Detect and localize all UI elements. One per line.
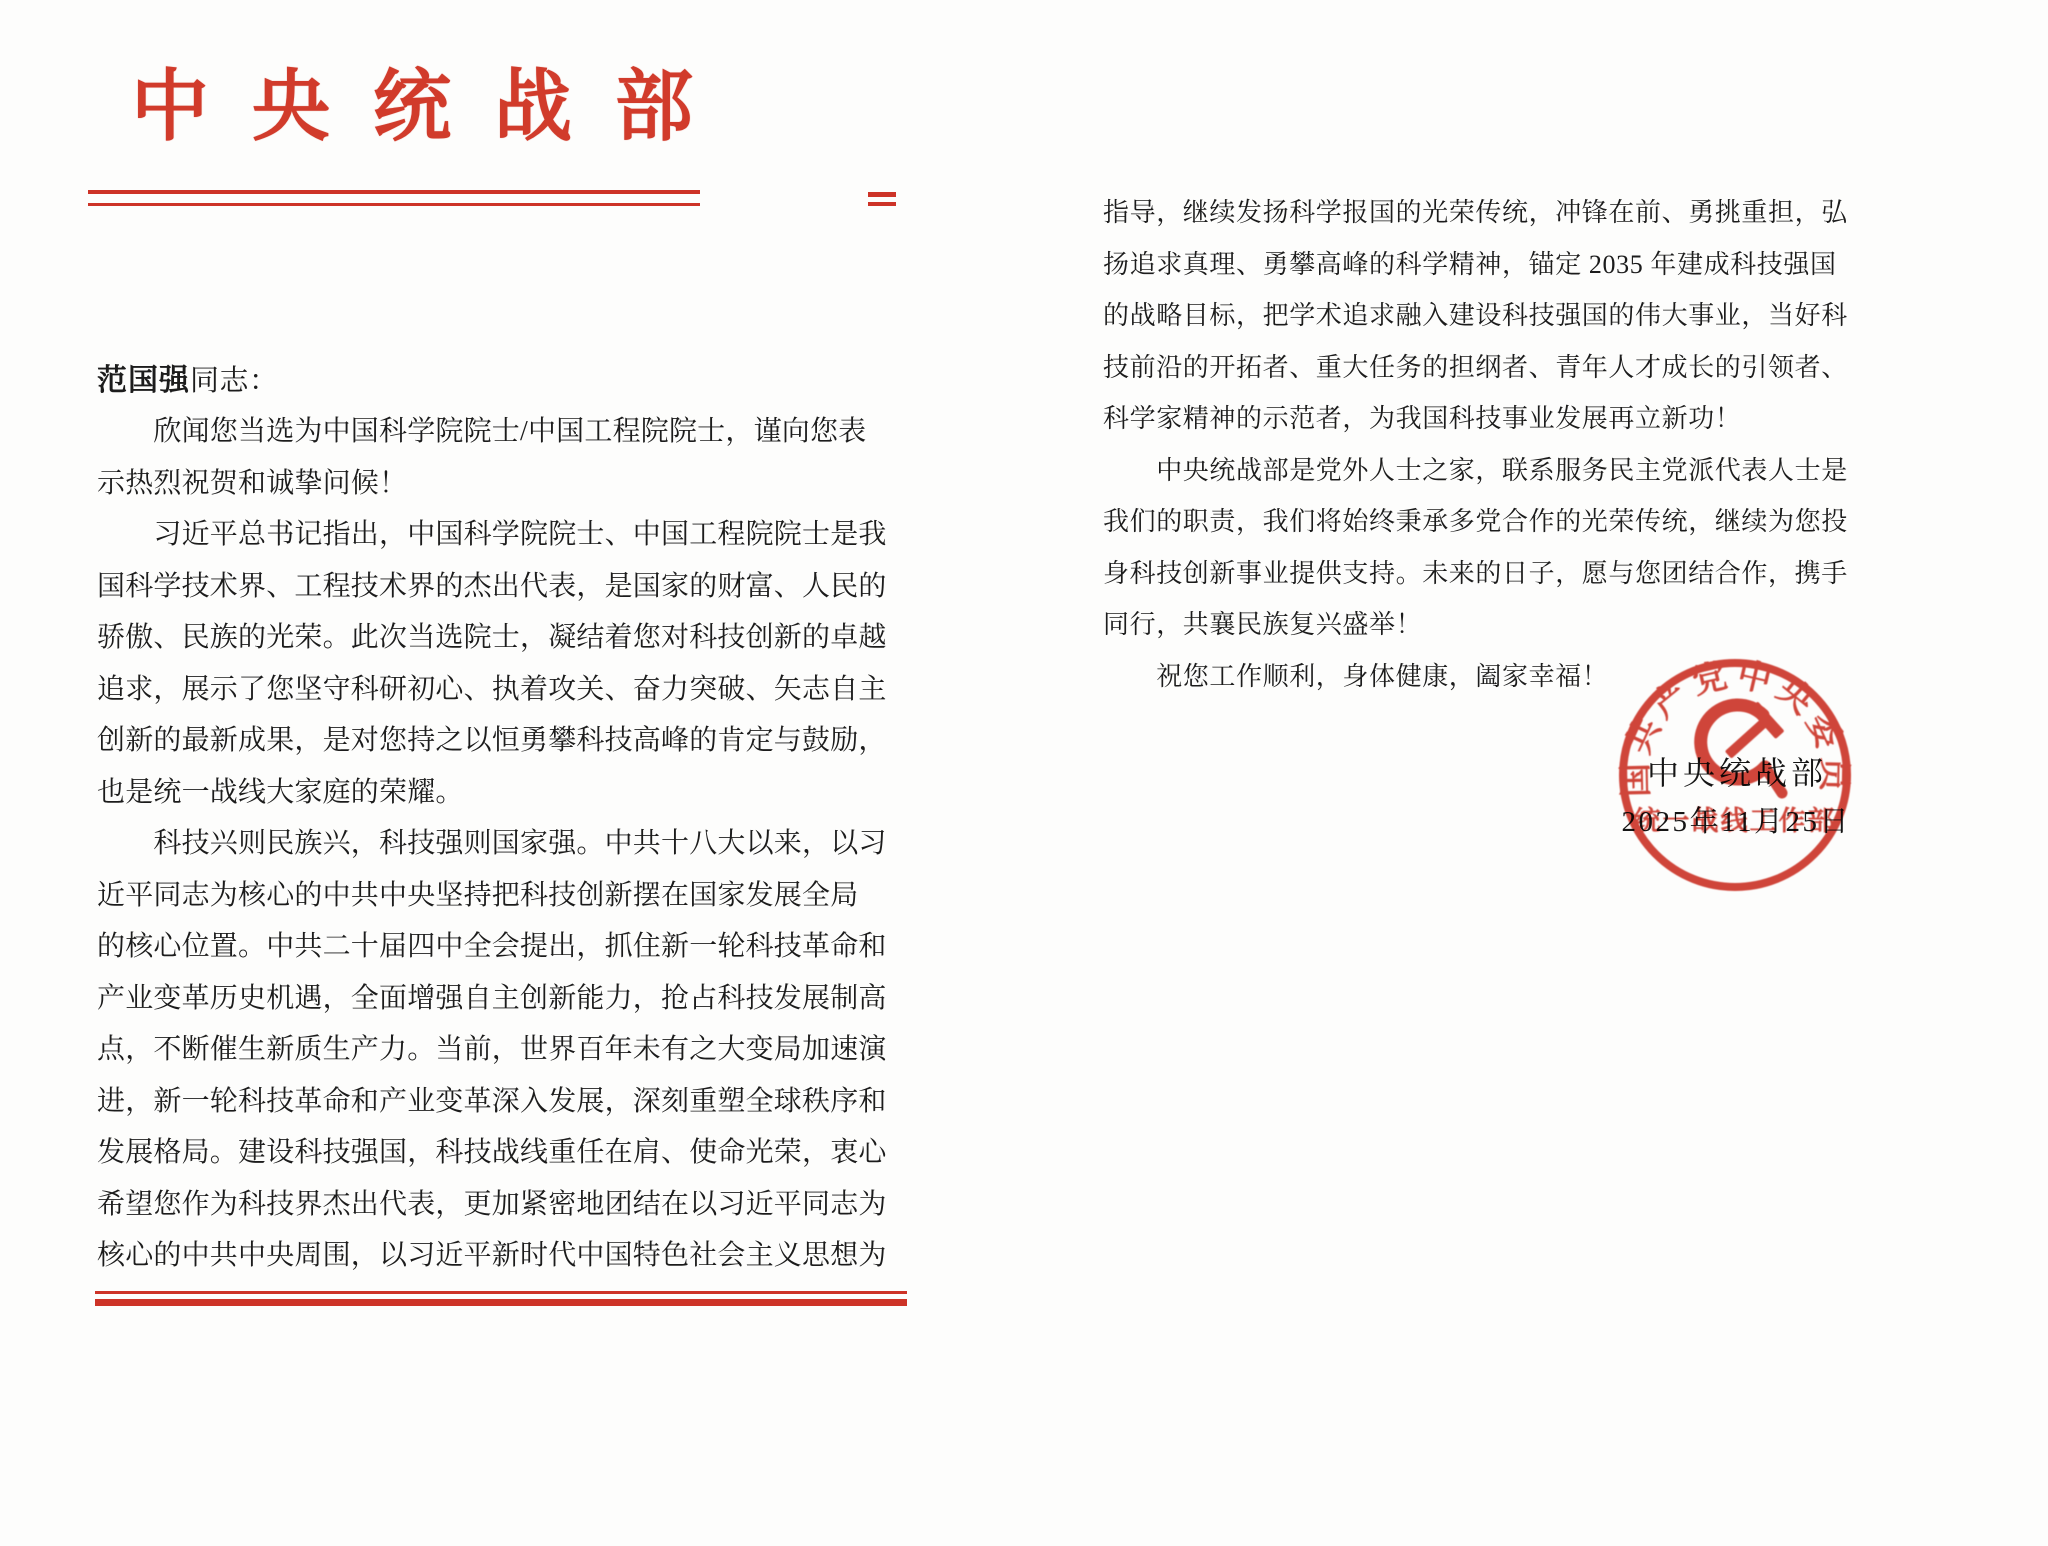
letter-line: 示热烈祝贺和诚挚问候！ <box>97 458 897 510</box>
letter-line: 国科学技术界、工程技术界的杰出代表，是国家的财富、人民的 <box>97 561 897 613</box>
salutation-suffix: 同志： <box>190 365 279 397</box>
scan-edge-rule-fragment <box>868 192 896 197</box>
salutation: 范国强同志： <box>97 355 279 407</box>
letter-line: 我们的职责，我们将始终秉承多党合作的光荣传统，继续为您投 <box>1103 496 1863 548</box>
letter-line: 技前沿的开拓者、重大任务的担纲者、青年人才成长的引领者、 <box>1103 342 1863 394</box>
letter-line: 追求，展示了您坚守科研初心、执着攻关、奋力突破、矢志自主 <box>97 664 897 716</box>
letter-line: 的战略目标，把学术追求融入建设科技强国的伟大事业，当好科 <box>1103 290 1863 342</box>
letter-line: 也是统一战线大家庭的荣耀。 <box>97 767 897 819</box>
letter-line: 近平同志为核心的中共中央坚持把科技创新摆在国家发展全局 <box>97 870 897 922</box>
page1-footer-rule-thin <box>95 1291 907 1294</box>
letterhead-rule-thick <box>88 190 700 194</box>
letter-line: 希望您作为科技界杰出代表，更加紧密地团结在以习近平同志为 <box>97 1179 897 1231</box>
official-seal: 中国共产党中央委员会 统一战线工作部 <box>1585 625 1885 925</box>
page1-footer-rule-thick <box>95 1299 907 1306</box>
letter-line: 点，不断催生新质生产力。当前，世界百年未有之大变局加速演 <box>97 1024 897 1076</box>
letter-line: 科学家精神的示范者，为我国科技事业发展再立新功！ <box>1103 393 1863 445</box>
letter-line: 创新的最新成果，是对您持之以恒勇攀科技高峰的肯定与鼓励， <box>97 715 897 767</box>
letterhead-rule-thin <box>88 203 700 206</box>
seal-bottom-text: 统一战线工作部 <box>1634 805 1837 836</box>
letter-line: 欣闻您当选为中国科学院院士/中国工程院院士，谨向您表 <box>97 406 897 458</box>
letter-line: 习近平总书记指出，中国科学院院士、中国工程院院士是我 <box>97 509 897 561</box>
letter-scan: 中央统战部 范国强同志： 欣闻您当选为中国科学院院士/中国工程院院士，谨向您表示… <box>0 0 2048 1546</box>
letter-line: 产业变革历史机遇，全面增强自主创新能力，抢占科技发展制高 <box>97 973 897 1025</box>
letter-line: 发展格局。建设科技强国，科技战线重任在肩、使命光荣，衷心 <box>97 1127 897 1179</box>
letter-line: 指导，继续发扬科学报国的光荣传统，冲锋在前、勇挑重担，弘 <box>1103 187 1863 239</box>
scan-edge-rule-fragment <box>868 202 896 206</box>
recipient-name: 范国强 <box>97 364 190 397</box>
hammer-sickle-icon <box>1701 701 1785 793</box>
letter-line: 的核心位置。中共二十届四中全会提出，抓住新一轮科技革命和 <box>97 921 897 973</box>
letter-line: 身科技创新事业提供支持。未来的日子，愿与您团结合作，携手 <box>1103 548 1863 600</box>
letter-line: 骄傲、民族的光荣。此次当选院士，凝结着您对科技创新的卓越 <box>97 612 897 664</box>
letter-line: 进，新一轮科技革命和产业变革深入发展，深刻重塑全球秩序和 <box>97 1076 897 1128</box>
letter-line: 中央统战部是党外人士之家，联系服务民主党派代表人士是 <box>1103 445 1863 497</box>
letter-line: 核心的中共中央周围，以习近平新时代中国特色社会主义思想为 <box>97 1230 897 1282</box>
letter-line: 科技兴则民族兴，科技强则国家强。中共十八大以来，以习 <box>97 818 897 870</box>
letter-line: 扬追求真理、勇攀高峰的科学精神，锚定 2035 年建成科技强国 <box>1103 239 1863 291</box>
letter-body-page1: 欣闻您当选为中国科学院院士/中国工程院院士，谨向您表示热烈祝贺和诚挚问候！ 习近… <box>97 406 897 1282</box>
letterhead-title: 中央统战部 <box>88 44 700 140</box>
